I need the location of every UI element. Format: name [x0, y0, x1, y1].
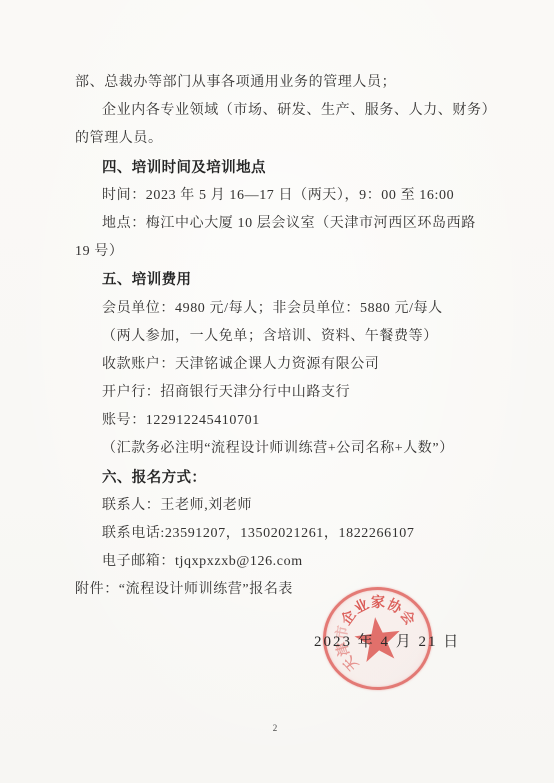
document-line: 联系电话:23591207，13502021261，1822266107 [75, 520, 495, 548]
scanned-document-page: 部、总裁办等部门从事各项通用业务的管理人员； 企业内各专业领域（市场、研发、生产… [0, 0, 554, 783]
document-line: 时间：2023 年 5 月 16—17 日（两天），9：00 至 16:00 [75, 182, 495, 210]
section-heading-registration: 六、报名方式： [75, 464, 495, 492]
document-line: 19 号） [75, 238, 495, 266]
document-line: 电子邮箱：tjqxpxzxb@126.com [75, 548, 495, 576]
document-body-text: 部、总裁办等部门从事各项通用业务的管理人员； 企业内各专业领域（市场、研发、生产… [75, 69, 495, 605]
page-number: 2 [263, 723, 287, 733]
section-heading-training-time-location: 四、培训时间及培训地点 [75, 154, 495, 182]
document-line: 附件：“流程设计师训练营”报名表 [75, 576, 495, 604]
document-line: 开户行：招商银行天津分行中山路支行 [75, 379, 495, 407]
document-line: 联系人：王老师,刘老师 [75, 492, 495, 520]
document-line: 部、总裁办等部门从事各项通用业务的管理人员； [75, 69, 495, 97]
document-line: 会员单位：4980 元/每人；非会员单位：5880 元/每人 [75, 295, 495, 323]
document-line: 企业内各专业领域（市场、研发、生产、服务、人力、财务） [75, 97, 495, 125]
document-line: 地点：梅江中心大厦 10 层会议室（天津市河西区环岛西路 [75, 210, 495, 238]
section-heading-training-fee: 五、培训费用 [75, 266, 495, 294]
document-line: 的管理人员。 [75, 125, 495, 153]
issue-date: 2023 年 4 月 21 日 [314, 630, 460, 651]
document-line: 账号：122912245410701 [75, 407, 495, 435]
document-line: （汇款务必注明“流程设计师训练营+公司名称+人数”） [75, 435, 495, 463]
document-line: （两人参加，一人免单；含培训、资料、午餐费等） [75, 323, 495, 351]
seal-char: 家 [371, 592, 385, 612]
document-line: 收款账户：天津铭诚企课人力资源有限公司 [75, 351, 495, 379]
